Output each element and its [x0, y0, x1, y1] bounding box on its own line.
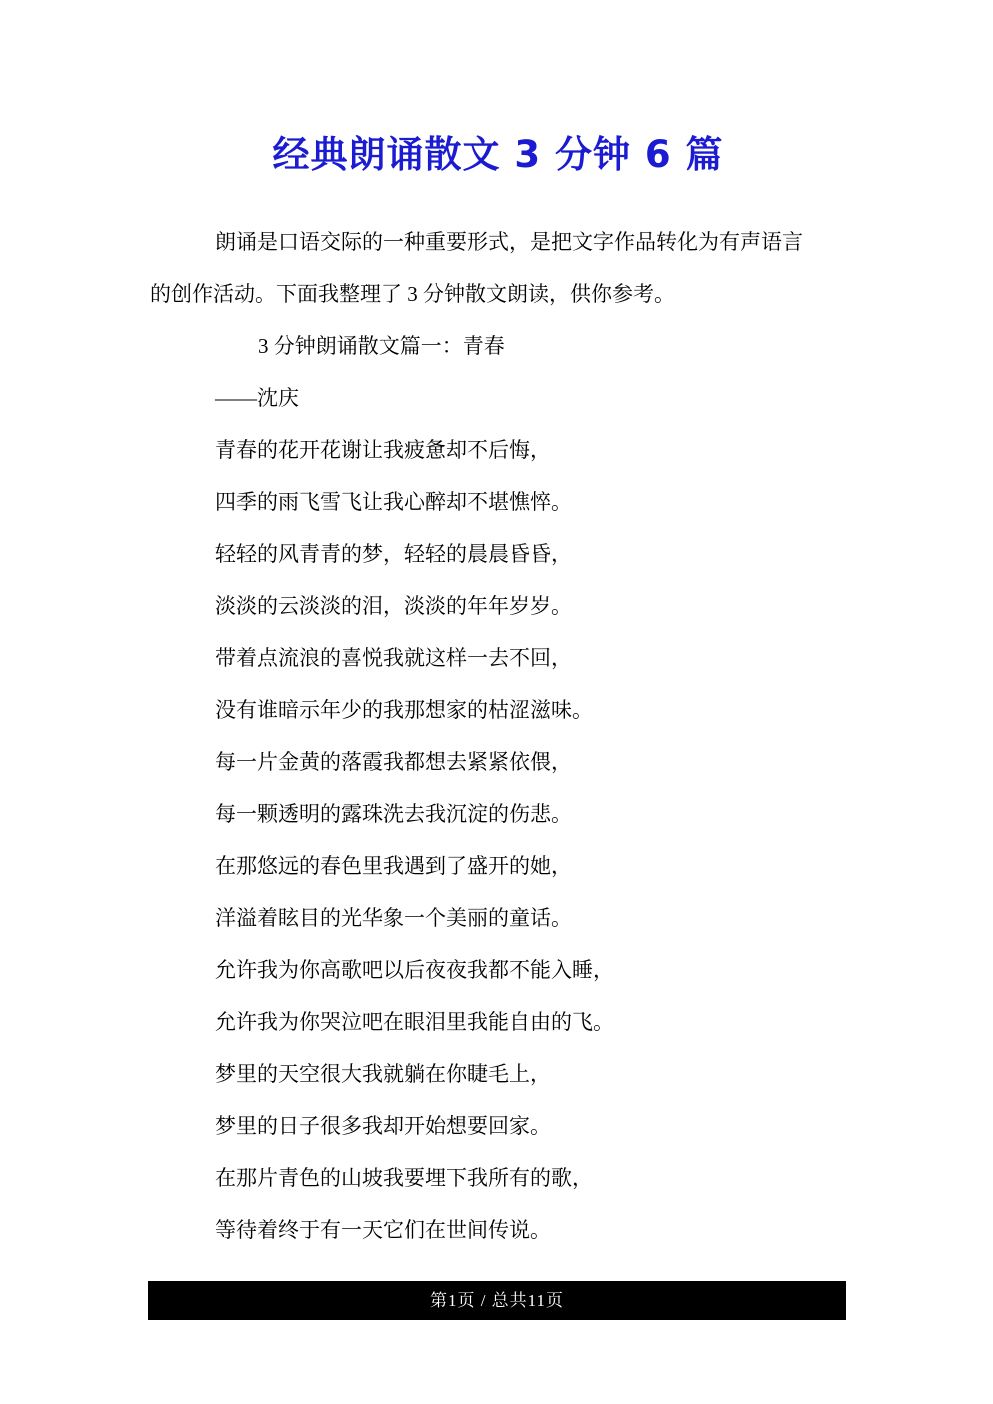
poem-line: 每一颗透明的露珠洗去我沉淀的伤悲。 — [150, 802, 846, 854]
poem-lines: 青春的花开花谢让我疲惫却不后悔，四季的雨飞雪飞让我心醉却不堪憔悴。轻轻的风青青的… — [150, 438, 846, 1270]
document-page: 经典朗诵散文 3 分钟 6 篇 朗诵是口语交际的一种重要形式，是把文字作品转化为… — [0, 0, 993, 1404]
poem-line: 轻轻的风青青的梦，轻轻的晨晨昏昏， — [150, 542, 846, 594]
poem-line: 青春的花开花谢让我疲惫却不后悔， — [150, 438, 846, 490]
intro-paragraph-line-1: 朗诵是口语交际的一种重要形式，是把文字作品转化为有声语言 — [150, 230, 846, 282]
document-body: 朗诵是口语交际的一种重要形式，是把文字作品转化为有声语言 的创作活动。下面我整理… — [150, 230, 846, 1270]
intro-paragraph-line-2: 的创作活动。下面我整理了 3 分钟散文朗读，供你参考。 — [150, 282, 846, 334]
poem-line: 允许我为你高歌吧以后夜夜我都不能入睡， — [150, 958, 846, 1010]
poem-line: 洋溢着眩目的光华象一个美丽的童话。 — [150, 906, 846, 958]
poem-line: 带着点流浪的喜悦我就这样一去不回， — [150, 646, 846, 698]
poem-line: 四季的雨飞雪飞让我心醉却不堪憔悴。 — [150, 490, 846, 542]
poem-line: 等待着终于有一天它们在世间传说。 — [150, 1218, 846, 1270]
section-heading: 3 分钟朗诵散文篇一：青春 — [150, 334, 846, 386]
poem-line: 梦里的天空很大我就躺在你睫毛上， — [150, 1062, 846, 1114]
poem-line: 淡淡的云淡淡的泪，淡淡的年年岁岁。 — [150, 594, 846, 646]
author-line: ——沈庆 — [150, 386, 846, 438]
poem-line: 在那片青色的山坡我要埋下我所有的歌， — [150, 1166, 846, 1218]
page-indicator: 第1页 / 总共11页 — [430, 1291, 564, 1310]
poem-line: 没有谁暗示年少的我那想家的枯涩滋味。 — [150, 698, 846, 750]
poem-line: 梦里的日子很多我却开始想要回家。 — [150, 1114, 846, 1166]
document-content: 经典朗诵散文 3 分钟 6 篇 朗诵是口语交际的一种重要形式，是把文字作品转化为… — [0, 0, 993, 1270]
poem-line: 在那悠远的春色里我遇到了盛开的她， — [150, 854, 846, 906]
page-title: 经典朗诵散文 3 分钟 6 篇 — [150, 132, 846, 178]
poem-line: 允许我为你哭泣吧在眼泪里我能自由的飞。 — [150, 1010, 846, 1062]
footer-bar: 第1页 / 总共11页 — [148, 1281, 846, 1320]
poem-line: 每一片金黄的落霞我都想去紧紧依偎， — [150, 750, 846, 802]
